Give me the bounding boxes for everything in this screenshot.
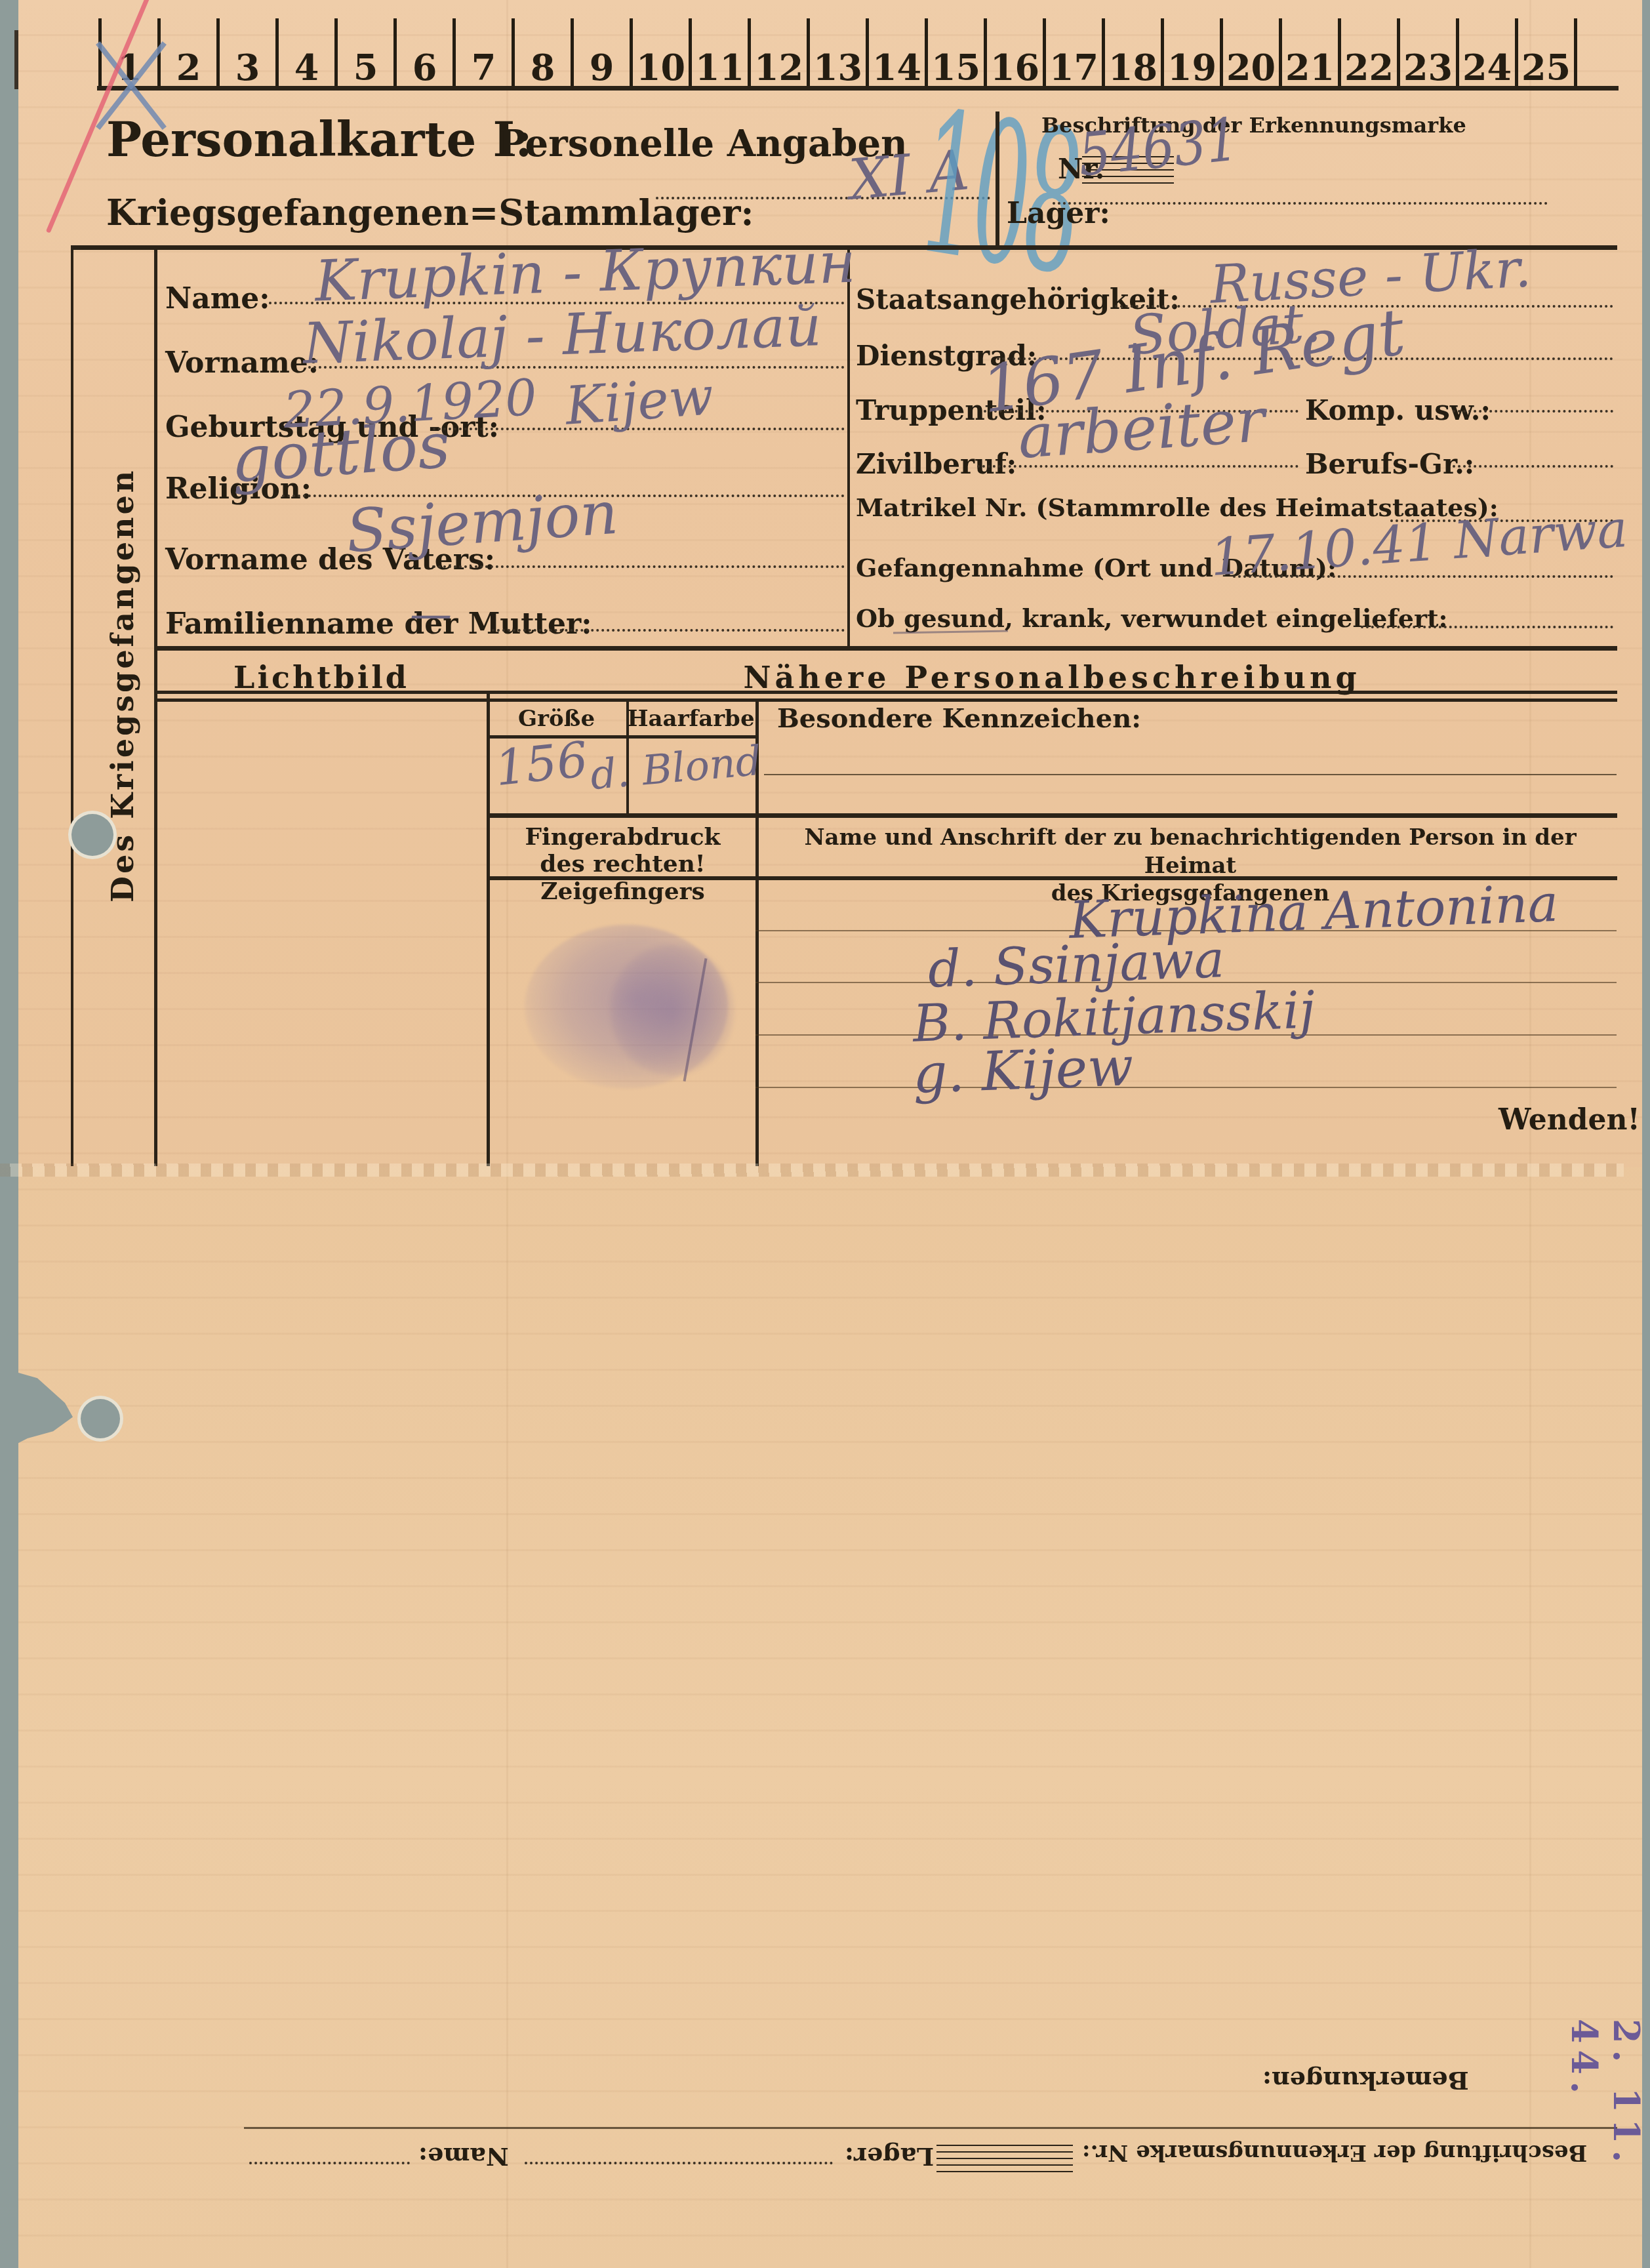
footer-dotted-line — [249, 2162, 410, 2164]
ruler-cell: 6 — [393, 18, 453, 87]
scan-edge-artifact — [14, 30, 18, 89]
vorname-handwritten-value: Nikolaj - Николай — [302, 298, 822, 373]
lichtbild-label: Lichtbild — [157, 660, 485, 695]
ruler-cell: 18 — [1102, 18, 1161, 87]
kennzeichen-rule-line — [764, 774, 1617, 775]
ruler-cell: 23 — [1397, 18, 1456, 87]
page-title: Personalkarte I: — [106, 111, 533, 167]
punch-hole — [77, 1396, 123, 1442]
ruler-cell: 5 — [334, 18, 393, 87]
ruler-cell: 24 — [1456, 18, 1515, 87]
form-left-border — [71, 245, 73, 1166]
geburtsort-handwritten-value: Kijew — [563, 370, 715, 433]
page-subtitle: Personelle Angaben — [498, 122, 908, 165]
ruler-cell: 11 — [689, 18, 748, 87]
ruler-cell: 9 — [571, 18, 630, 87]
ruler-cell: 10 — [630, 18, 689, 87]
haarfarbe-label: Haarfarbe — [626, 706, 755, 732]
mutter-handwritten-value: — — [410, 594, 452, 636]
personalbeschreibung-title: Nähere Personalbeschreibung — [487, 660, 1617, 695]
footer-staff-line — [936, 2171, 1073, 2172]
lager-dotted-line — [1053, 202, 1548, 205]
ruler-cell: 13 — [807, 18, 866, 87]
fingerprint-label: Fingerabdruck des rechten! Zeigefingers — [487, 824, 759, 905]
ruler-cell: 16 — [984, 18, 1043, 87]
ruler-cell: 25 — [1515, 18, 1574, 87]
ruler-cell: 2 — [157, 18, 216, 87]
name-label-rotated: Name: — [418, 2142, 509, 2172]
groesse-handwritten-value: 156 — [493, 735, 590, 793]
komp-dotted-line — [1453, 410, 1613, 413]
footer-staff-line — [936, 2151, 1073, 2153]
berufsgr-dotted-line — [1453, 465, 1613, 468]
torn-card-edge — [0, 1164, 1624, 1177]
ruler-cell: 3 — [216, 18, 275, 87]
zustand-label: Ob gesund, krank, verwundet eingeliefert… — [856, 603, 1448, 633]
sidebar-divider — [154, 245, 157, 1166]
religion-handwritten-value: gottlos — [229, 413, 452, 491]
fingerprint-smudge — [610, 944, 734, 1076]
mutter-dotted-line — [492, 629, 845, 632]
ruler-cell: 21 — [1279, 18, 1338, 87]
date-stamp: 2. 11. 44. — [1563, 2019, 1647, 2268]
bemerkungen-label-rotated: Bemerkungen: — [1262, 2066, 1469, 2096]
data-section-bottom-border — [154, 646, 1617, 651]
vorname-label: Vorname: — [165, 346, 319, 380]
notify-line: g. Kijew — [912, 1040, 1135, 1102]
fingerprint-section-top-border — [487, 813, 1617, 818]
columns-divider — [847, 245, 850, 649]
ruler-cell: 7 — [453, 18, 512, 87]
zivilberuf-handwritten-value: arbeiter — [1016, 390, 1266, 468]
vater-handwritten-value: Ssjemjon — [344, 484, 620, 562]
lager-label-rotated: Lager: — [845, 2142, 934, 2172]
erkennungsmarke-nr-value: 54631 — [1077, 110, 1240, 186]
ruler-cell: 12 — [748, 18, 807, 87]
header-double-line-bottom — [154, 699, 1617, 702]
berufsgr-label: Berufs-Gr.: — [1305, 448, 1474, 480]
ruler-cell: 20 — [1220, 18, 1279, 87]
name-label: Name: — [165, 282, 270, 315]
ruler-cell: 22 — [1338, 18, 1397, 87]
wenden-label: Wenden! — [1499, 1103, 1640, 1137]
footer-rule-line — [244, 2127, 1617, 2129]
ruler-cell: 19 — [1161, 18, 1220, 87]
zustand-dotted-line — [1361, 626, 1613, 628]
footer-staff-line — [936, 2145, 1073, 2146]
ruler-cell: 8 — [512, 18, 571, 87]
groesse-label: Größe — [487, 706, 626, 732]
scanned-document-page: 1234567891011121314151617181920212223242… — [0, 0, 1650, 2268]
footer-staff-line — [936, 2164, 1073, 2166]
notify-rule-line — [755, 1087, 1617, 1088]
kennzeichen-label: Besondere Kennzeichen: — [777, 703, 1141, 734]
erkennungsmarke-box-divider — [996, 111, 999, 248]
footer-staff-line — [936, 2158, 1073, 2159]
vater-dotted-line — [433, 565, 845, 568]
ruler-cell: 4 — [275, 18, 334, 87]
punch-hole — [68, 811, 117, 859]
zivilberuf-label: Zivilberuf: — [856, 448, 1016, 480]
footer-dotted-line — [525, 2162, 833, 2164]
lichtbild-column-divider — [487, 691, 490, 1166]
ruler-cells: 1234567891011121314151617181920212223242… — [98, 18, 1577, 87]
ruler-cell: 17 — [1043, 18, 1102, 87]
ruler-baseline — [97, 86, 1619, 91]
mutter-label: Familienname der Mutter: — [165, 607, 592, 641]
ruler-cell: 14 — [866, 18, 925, 87]
beschriftung-label-rotated: Beschriftung der Erkennungsmarke Nr.: — [1082, 2139, 1587, 2166]
